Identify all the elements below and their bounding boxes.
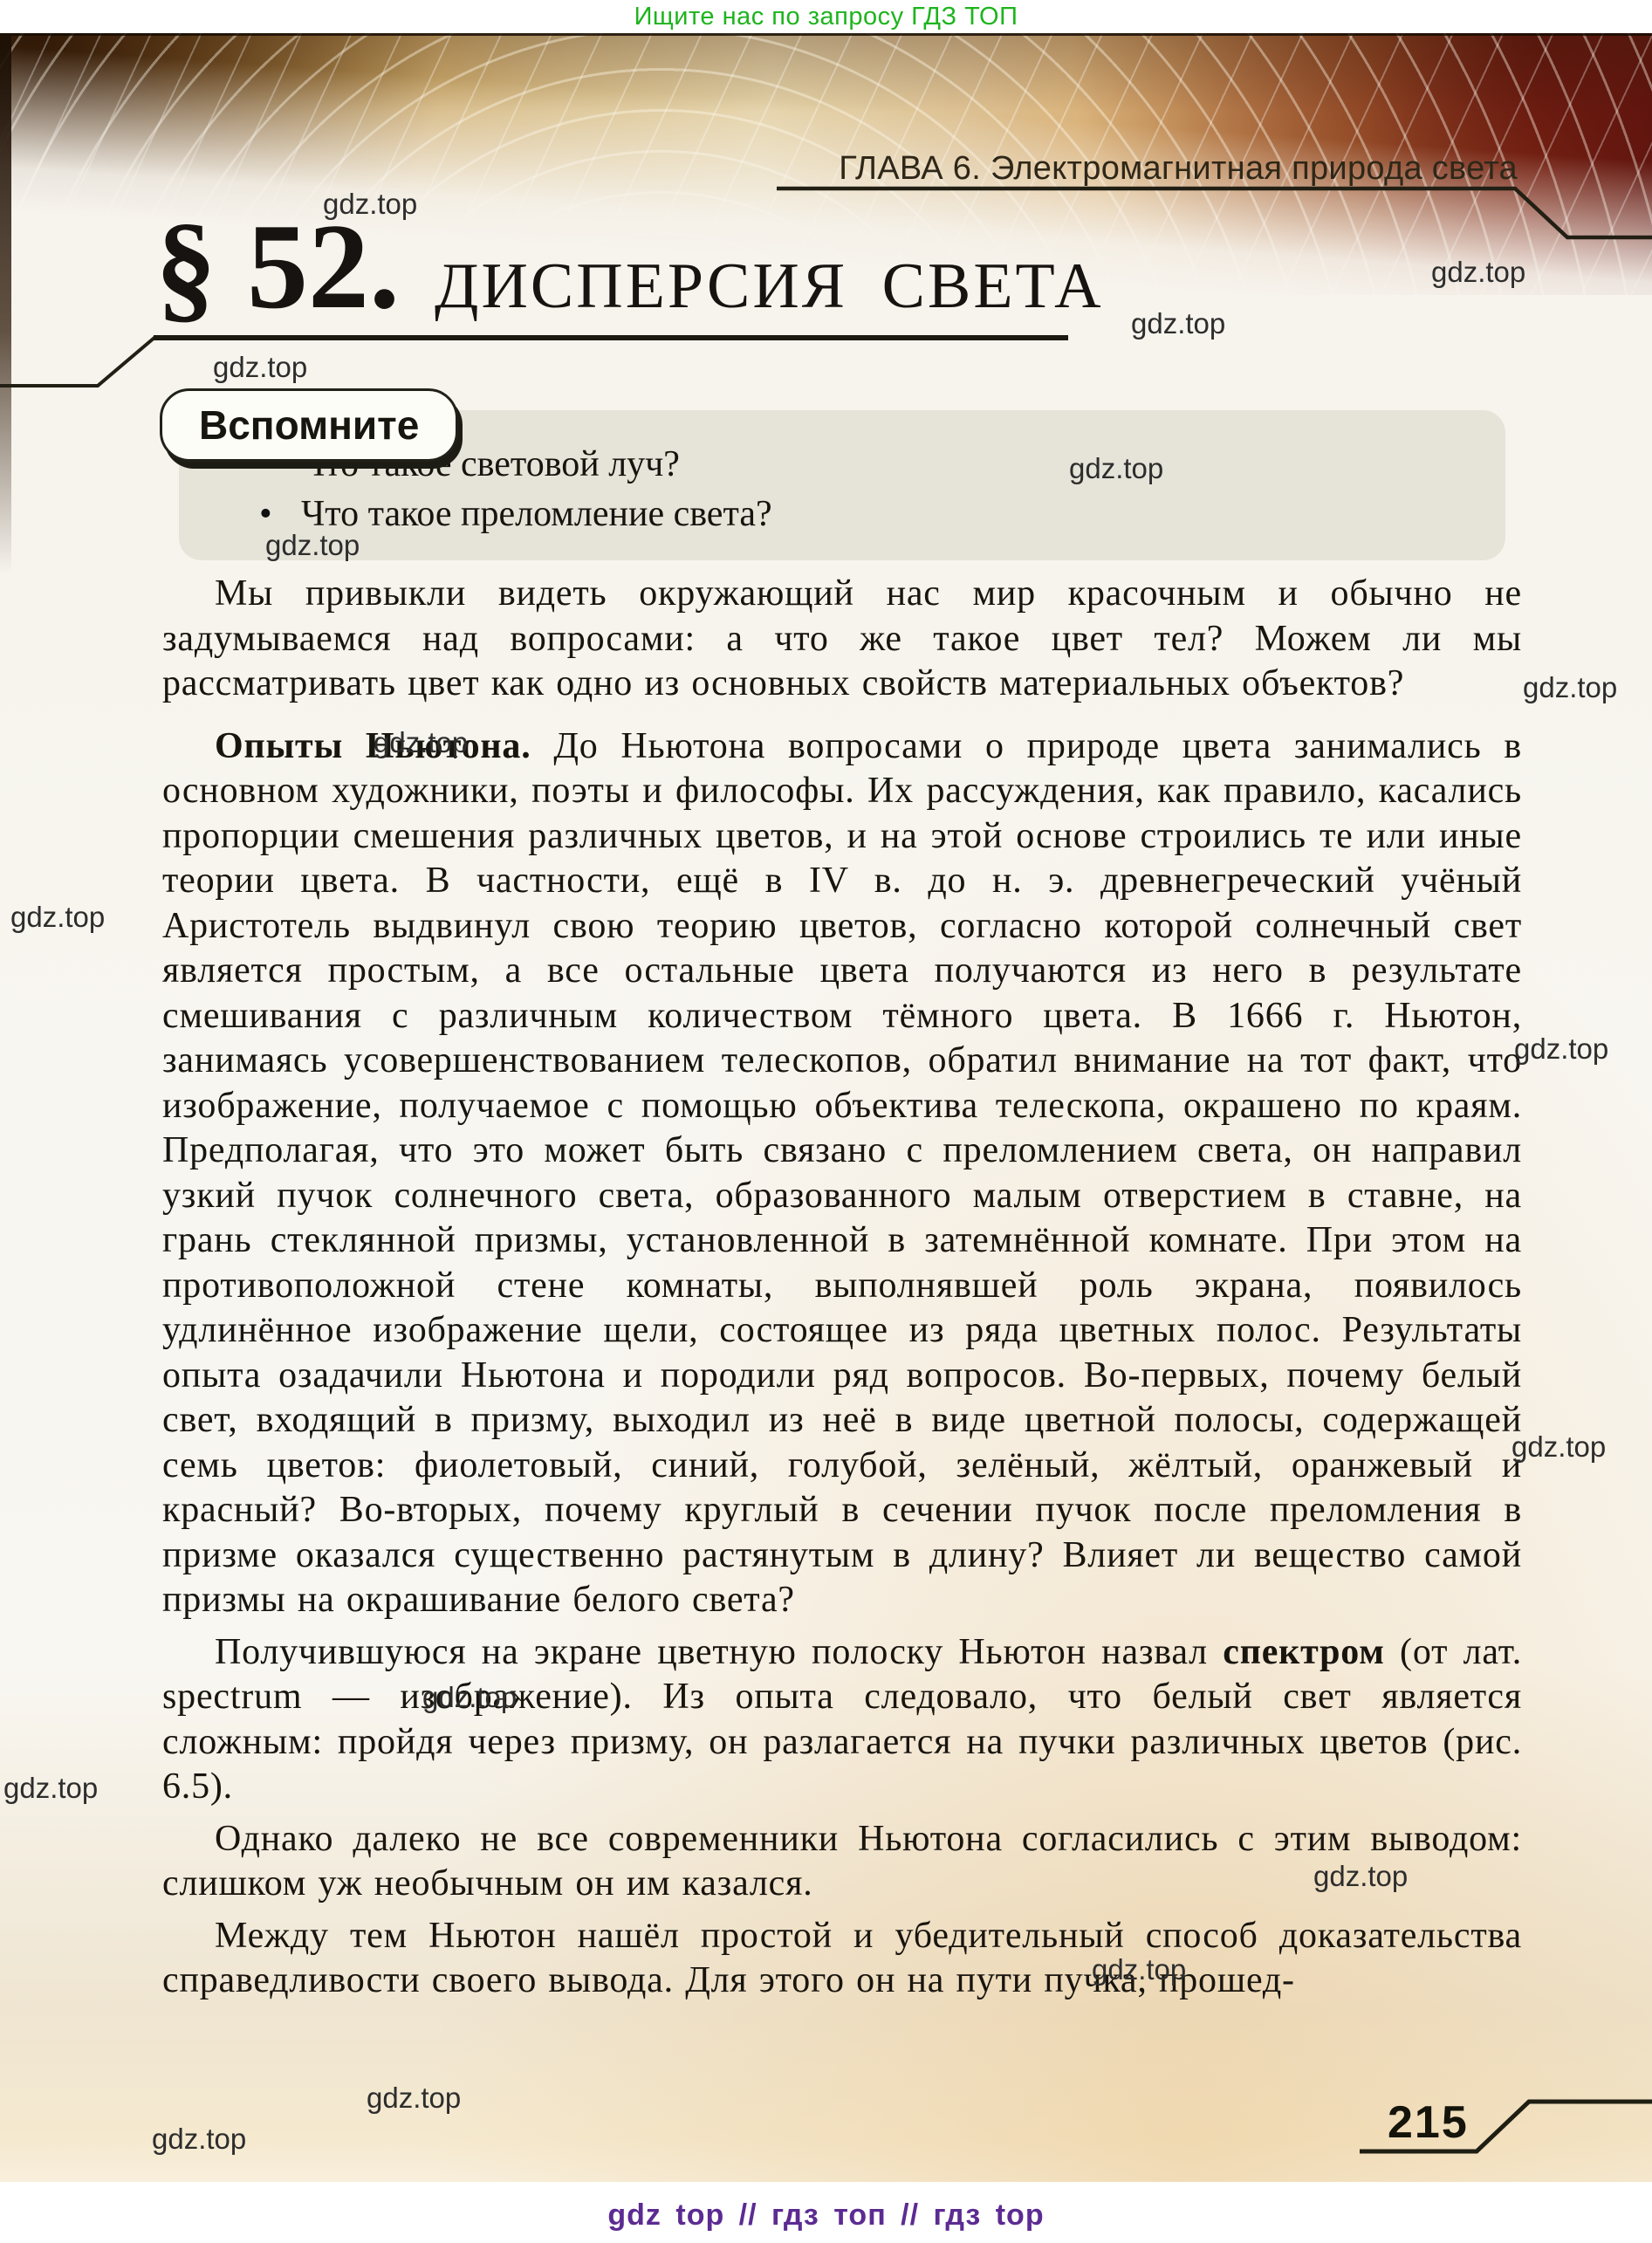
recall-questions: Что такое световой луч?Что такое преломл… [301, 440, 1505, 539]
book-page-scan: ГЛАВА 6. Электромагнитная природа света … [0, 33, 1652, 2182]
recall-question: Что такое световой луч? [301, 440, 1505, 490]
bold-term: Опыты Ньютона. [215, 726, 531, 766]
text-segment: Мы привыкли видеть окружающий нас мир кр… [162, 573, 1522, 703]
section-title-text: ДИСПЕРСИЯ СВЕТА [435, 254, 1104, 319]
text-segment: До Ньютона вопросами о природе цвета зан… [162, 726, 1522, 1621]
scan-top-edge [0, 33, 1652, 36]
recall-question: Что такое преломление света? [301, 490, 1505, 539]
book-spine-shadow [0, 33, 11, 574]
section-title: § 52. ДИСПЕРСИЯ СВЕТА [155, 206, 1104, 328]
text-segment: Получившуюся на экране цветную полоску Н… [215, 1632, 1223, 1672]
page-number: 215 [1388, 2096, 1469, 2149]
chapter-heading: ГЛАВА 6. Электромагнитная природа света [839, 150, 1518, 188]
paragraph: Получившуюся на экране цветную полоску Н… [162, 1630, 1522, 1810]
paragraph: Между тем Ньютон нашёл простой и убедите… [162, 1914, 1522, 2004]
body-text: Мы привыкли видеть окружающий нас мир кр… [162, 572, 1522, 2004]
paragraph: Однако далеко не все современники Ньютон… [162, 1817, 1522, 1907]
recall-label: Вспомните [160, 388, 458, 462]
text-segment: Между тем Ньютон нашёл простой и убедите… [162, 1916, 1522, 2001]
promo-footer-text: gdz top // гдз топ // гдз top [0, 2198, 1652, 2233]
promo-top-text: Ищите нас по запросу ГДЗ ТОП [0, 3, 1652, 31]
bold-term: спектром [1223, 1632, 1384, 1672]
section-number: § 52. [155, 206, 400, 328]
paragraph: Мы привыкли видеть окружающий нас мир кр… [162, 572, 1522, 707]
text-segment: Однако далеко не все современники Ньютон… [162, 1819, 1522, 1904]
title-underline-tail [0, 337, 155, 386]
paragraph: Опыты Ньютона. До Ньютона вопросами о пр… [162, 724, 1522, 1623]
